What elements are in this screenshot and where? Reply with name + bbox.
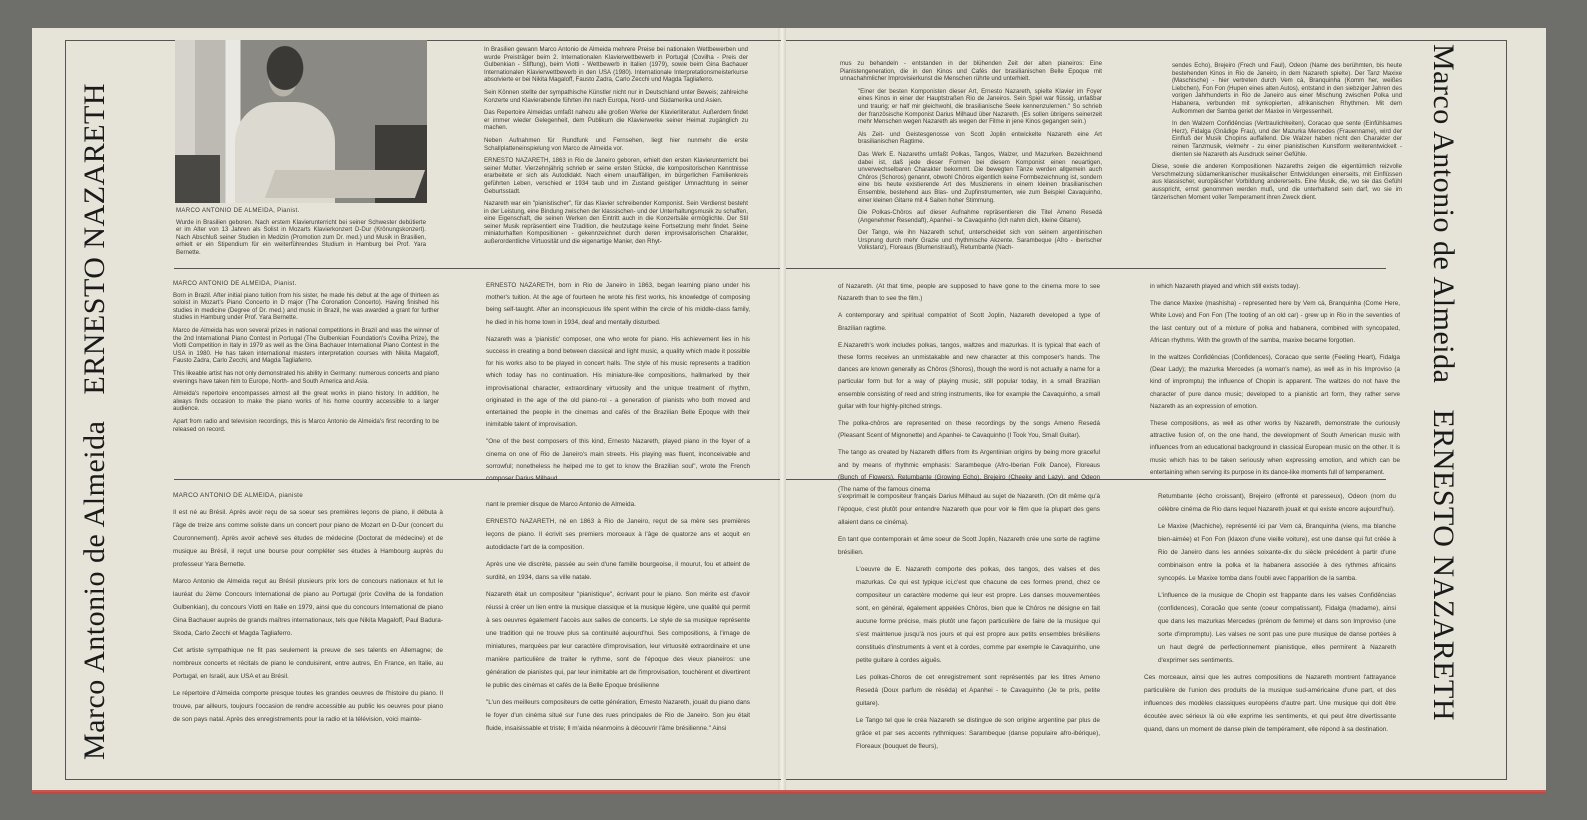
performer-name: Marco Antonio de Almeida	[1427, 44, 1460, 383]
right-french: Retumbante (écho croissant), Brejeiro (e…	[1158, 490, 1396, 740]
performer-name: Marco Antonio de Almeida	[78, 421, 111, 760]
center-left-german: In Brasilien gewann Marco Antonio de Alm…	[484, 46, 748, 251]
left-french-bio: MARCO ANTONIO DE ALMEIDA, pianiste Il es…	[173, 489, 443, 730]
divider-right-top	[786, 268, 1386, 269]
divider-left-top	[174, 268, 780, 269]
composer-name: ERNESTO NAZARETH	[1427, 409, 1460, 721]
right-english: in which Nazareth played and which still…	[1150, 281, 1400, 484]
left-german-bio: MARCO ANTONIO DE ALMEIDA, Pianist. Wurde…	[176, 207, 426, 262]
center-right-english: of Nazareth. (At that time, people are s…	[838, 281, 1100, 501]
left-vertical-title: Marco Antonio de AlmeidaERNESTO NAZARETH	[78, 83, 112, 760]
center-right-german: mus zu behandeln - entstanden in der blü…	[840, 60, 1102, 257]
pianist-photo	[175, 40, 427, 203]
center-right-french: s'exprimait le compositeur français Dari…	[838, 490, 1100, 757]
left-english-bio: MARCO ANTONIO DE ALMEIDA, Pianist. Born …	[173, 280, 439, 438]
center-left-french: nant le premier disque de Marco Antonio …	[486, 498, 750, 739]
center-left-english: ERNESTO NAZARETH, born in Rio de Janeiro…	[486, 280, 750, 490]
composer-name: ERNESTO NAZARETH	[78, 83, 111, 395]
right-vertical-title: Marco Antonio de AlmeidaERNESTO NAZARETH	[1426, 44, 1460, 721]
right-german: sendes Echo), Brejeiro (Frech und Faul),…	[1172, 62, 1402, 206]
